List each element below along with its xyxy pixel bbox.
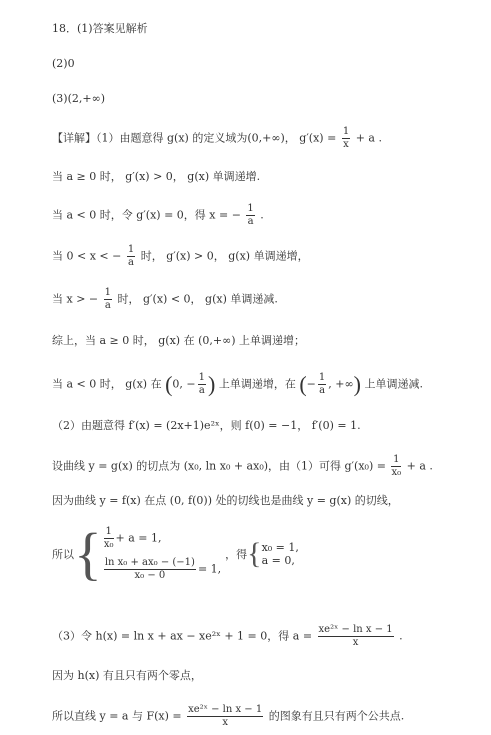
detail-line-10: 因为曲线 y = f(x) 在点 (0, f(0)) 处的切线也是曲线 y = …: [52, 494, 399, 508]
detail-line-6: 综上，当 a ≥ 0 时， g(x) 在 (0,+∞) 上单调递增；: [52, 334, 305, 348]
detail-line-2: 当 a ≥ 0 时， g′(x) > 0， g(x) 单调递增.: [52, 170, 260, 184]
answer-3: (3)(2,+∞): [52, 92, 105, 106]
detail-line-13: 所以直线 y = a 与 F(x) = xe²ˣ − ln x − 1x 的图象…: [52, 704, 404, 729]
answer-1: 18．(1)答案见解析: [52, 22, 148, 36]
detail-line-1: 【详解】（1）由题意得 g(x) 的定义域为(0,+∞)， g′(x) = 1x…: [52, 126, 382, 151]
equation-system: 所以 { 1x₀+ a = 1, ln x₀ + ax₀ − (−1)x₀ − …: [52, 525, 299, 583]
detail-line-4: 当 0 < x < − 1a 时， g′(x) > 0， g(x) 单调递增，: [52, 244, 309, 269]
detail-line-9: 设曲线 y = g(x) 的切点为 (x₀, ln x₀ + ax₀)，由（1）…: [52, 454, 433, 479]
detail-line-7: 当 a < 0 时， g(x) 在 (0, −1a) 上单调递增，在 (−1a,…: [52, 372, 423, 397]
detail-line-5: 当 x > − 1a 时， g′(x) < 0， g(x) 单调递减.: [52, 287, 278, 312]
detail-line-3: 当 a < 0 时，令 g′(x) = 0，得 x = − 1a .: [52, 203, 264, 228]
answer-2: (2)0: [52, 57, 75, 71]
detail-line-12: 因为 h(x) 有且只有两个零点，: [52, 669, 202, 683]
fraction: 1x: [342, 126, 350, 151]
detail-line-8: （2）由题意得 f′(x) = (2x+1)e²ˣ，则 f(0) = −1， f…: [52, 419, 361, 433]
detail-line-11: （3）令 h(x) = ln x + ax − xe²ˣ + 1 = 0，得 a…: [52, 624, 403, 649]
